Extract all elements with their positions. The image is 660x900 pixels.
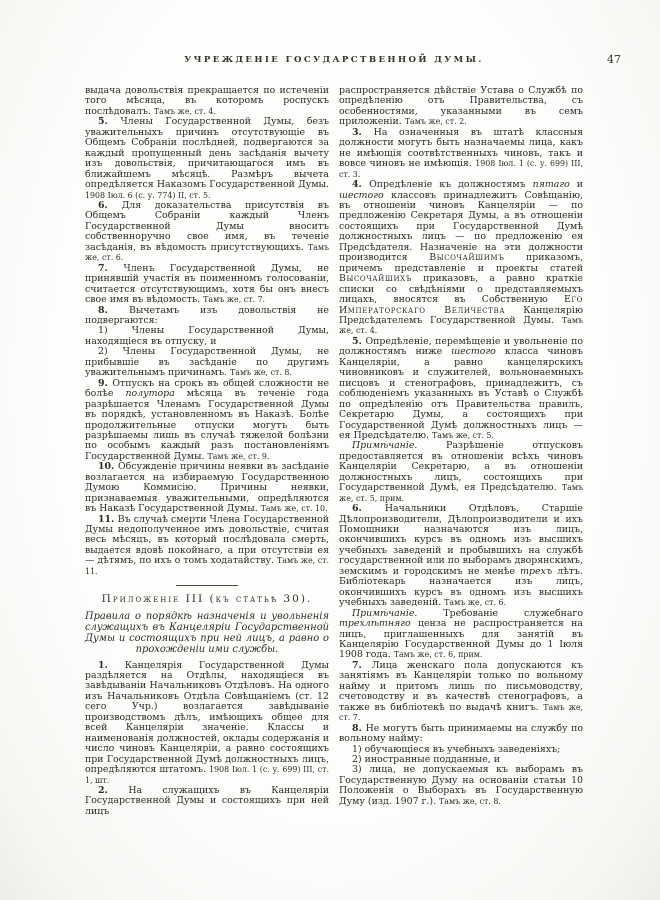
article-8-item-1: 1) Члены Государственной Думы, находящіе…	[85, 326, 329, 347]
text-columns: выдача довольствія прекращается по истеч…	[85, 86, 583, 817]
article-8: 8. Вычетамъ изъ довольствія не подвергаю…	[85, 306, 329, 327]
article-5: 5. Члены Государственной Думы, безъ уваж…	[85, 117, 329, 201]
appendix-heading: Приложеніе III (къ статьѣ 30).	[85, 594, 329, 604]
page-number: 47	[607, 53, 621, 66]
article-11: 11. Въ случаѣ смерти Члена Государственн…	[85, 515, 329, 578]
appendix-article-2-end: распространяется дѣйствіе Устава о Служб…	[339, 86, 583, 128]
appendix-article-7: 7. Лица женскаго пола допускаются къ зан…	[339, 661, 583, 724]
document-page: УЧРЕЖДЕНІЕ ГОСУДАРСТВЕННОЙ ДУМЫ. 47 выда…	[0, 0, 660, 900]
article-9: 9. Отпускъ на срокъ въ общей сложности н…	[85, 379, 329, 463]
appendix-article-4: 4. Опредѣленіе къ должностямъ пятаго и ш…	[339, 180, 583, 337]
section-divider	[176, 585, 238, 586]
left-column: выдача довольствія прекращается по истеч…	[85, 86, 329, 817]
appendix-article-6-note: Примѣчаніе. Требованіе служебнаго трехлѣ…	[339, 609, 583, 661]
article-10: 10. Обсужденіе причины неявки въ засѣдан…	[85, 462, 329, 514]
appendix-subtitle: Правила о порядкѣ назначенія и увольнені…	[85, 611, 329, 656]
appendix-article-5-note: Примѣчаніе. Разрѣшеніе отпусковъ предост…	[339, 441, 583, 504]
paragraph-continuation: выдача довольствія прекращается по истеч…	[85, 86, 329, 117]
appendix-article-6: 6. Начальники Отдѣловъ, Старшіе Дѣлопрои…	[339, 504, 583, 609]
appendix-article-8: 8. Не могутъ быть принимаемы на службу п…	[339, 724, 583, 745]
appendix-article-5: 5. Опредѣленіе, перемѣщеніе и увольненіе…	[339, 337, 583, 442]
article-6: 6. Для доказательства присутствія въ Общ…	[85, 201, 329, 264]
article-8-item-2: 2) Члены Государственной Думы, не прибыв…	[85, 347, 329, 378]
article-7: 7. Членъ Государственной Думы, не приняв…	[85, 264, 329, 306]
right-column: распространяется дѣйствіе Устава о Служб…	[339, 86, 583, 817]
appendix-article-3: 3. На означенныя въ штатѣ классныя должн…	[339, 128, 583, 180]
appendix-article-8-item-3: 3) лица, не допускаемыя къ выборамъ въ Г…	[339, 765, 583, 807]
running-title: УЧРЕЖДЕНІЕ ГОСУДАРСТВЕННОЙ ДУМЫ.	[85, 55, 583, 65]
appendix-article-1: 1. Канцелярія Государственной Думы раздѣ…	[85, 661, 329, 786]
page-header: УЧРЕЖДЕНІЕ ГОСУДАРСТВЕННОЙ ДУМЫ. 47	[85, 55, 583, 71]
appendix-article-2-start: 2. На служащихъ въ Канцеляріи Государств…	[85, 786, 329, 817]
